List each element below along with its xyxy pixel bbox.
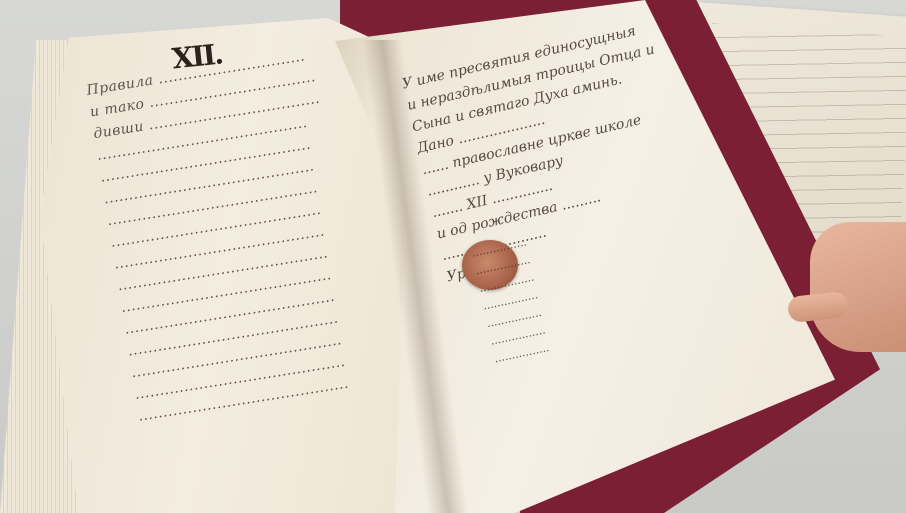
- hand: [780, 222, 906, 362]
- photo-scene: XII. Правила ...........................…: [0, 0, 906, 513]
